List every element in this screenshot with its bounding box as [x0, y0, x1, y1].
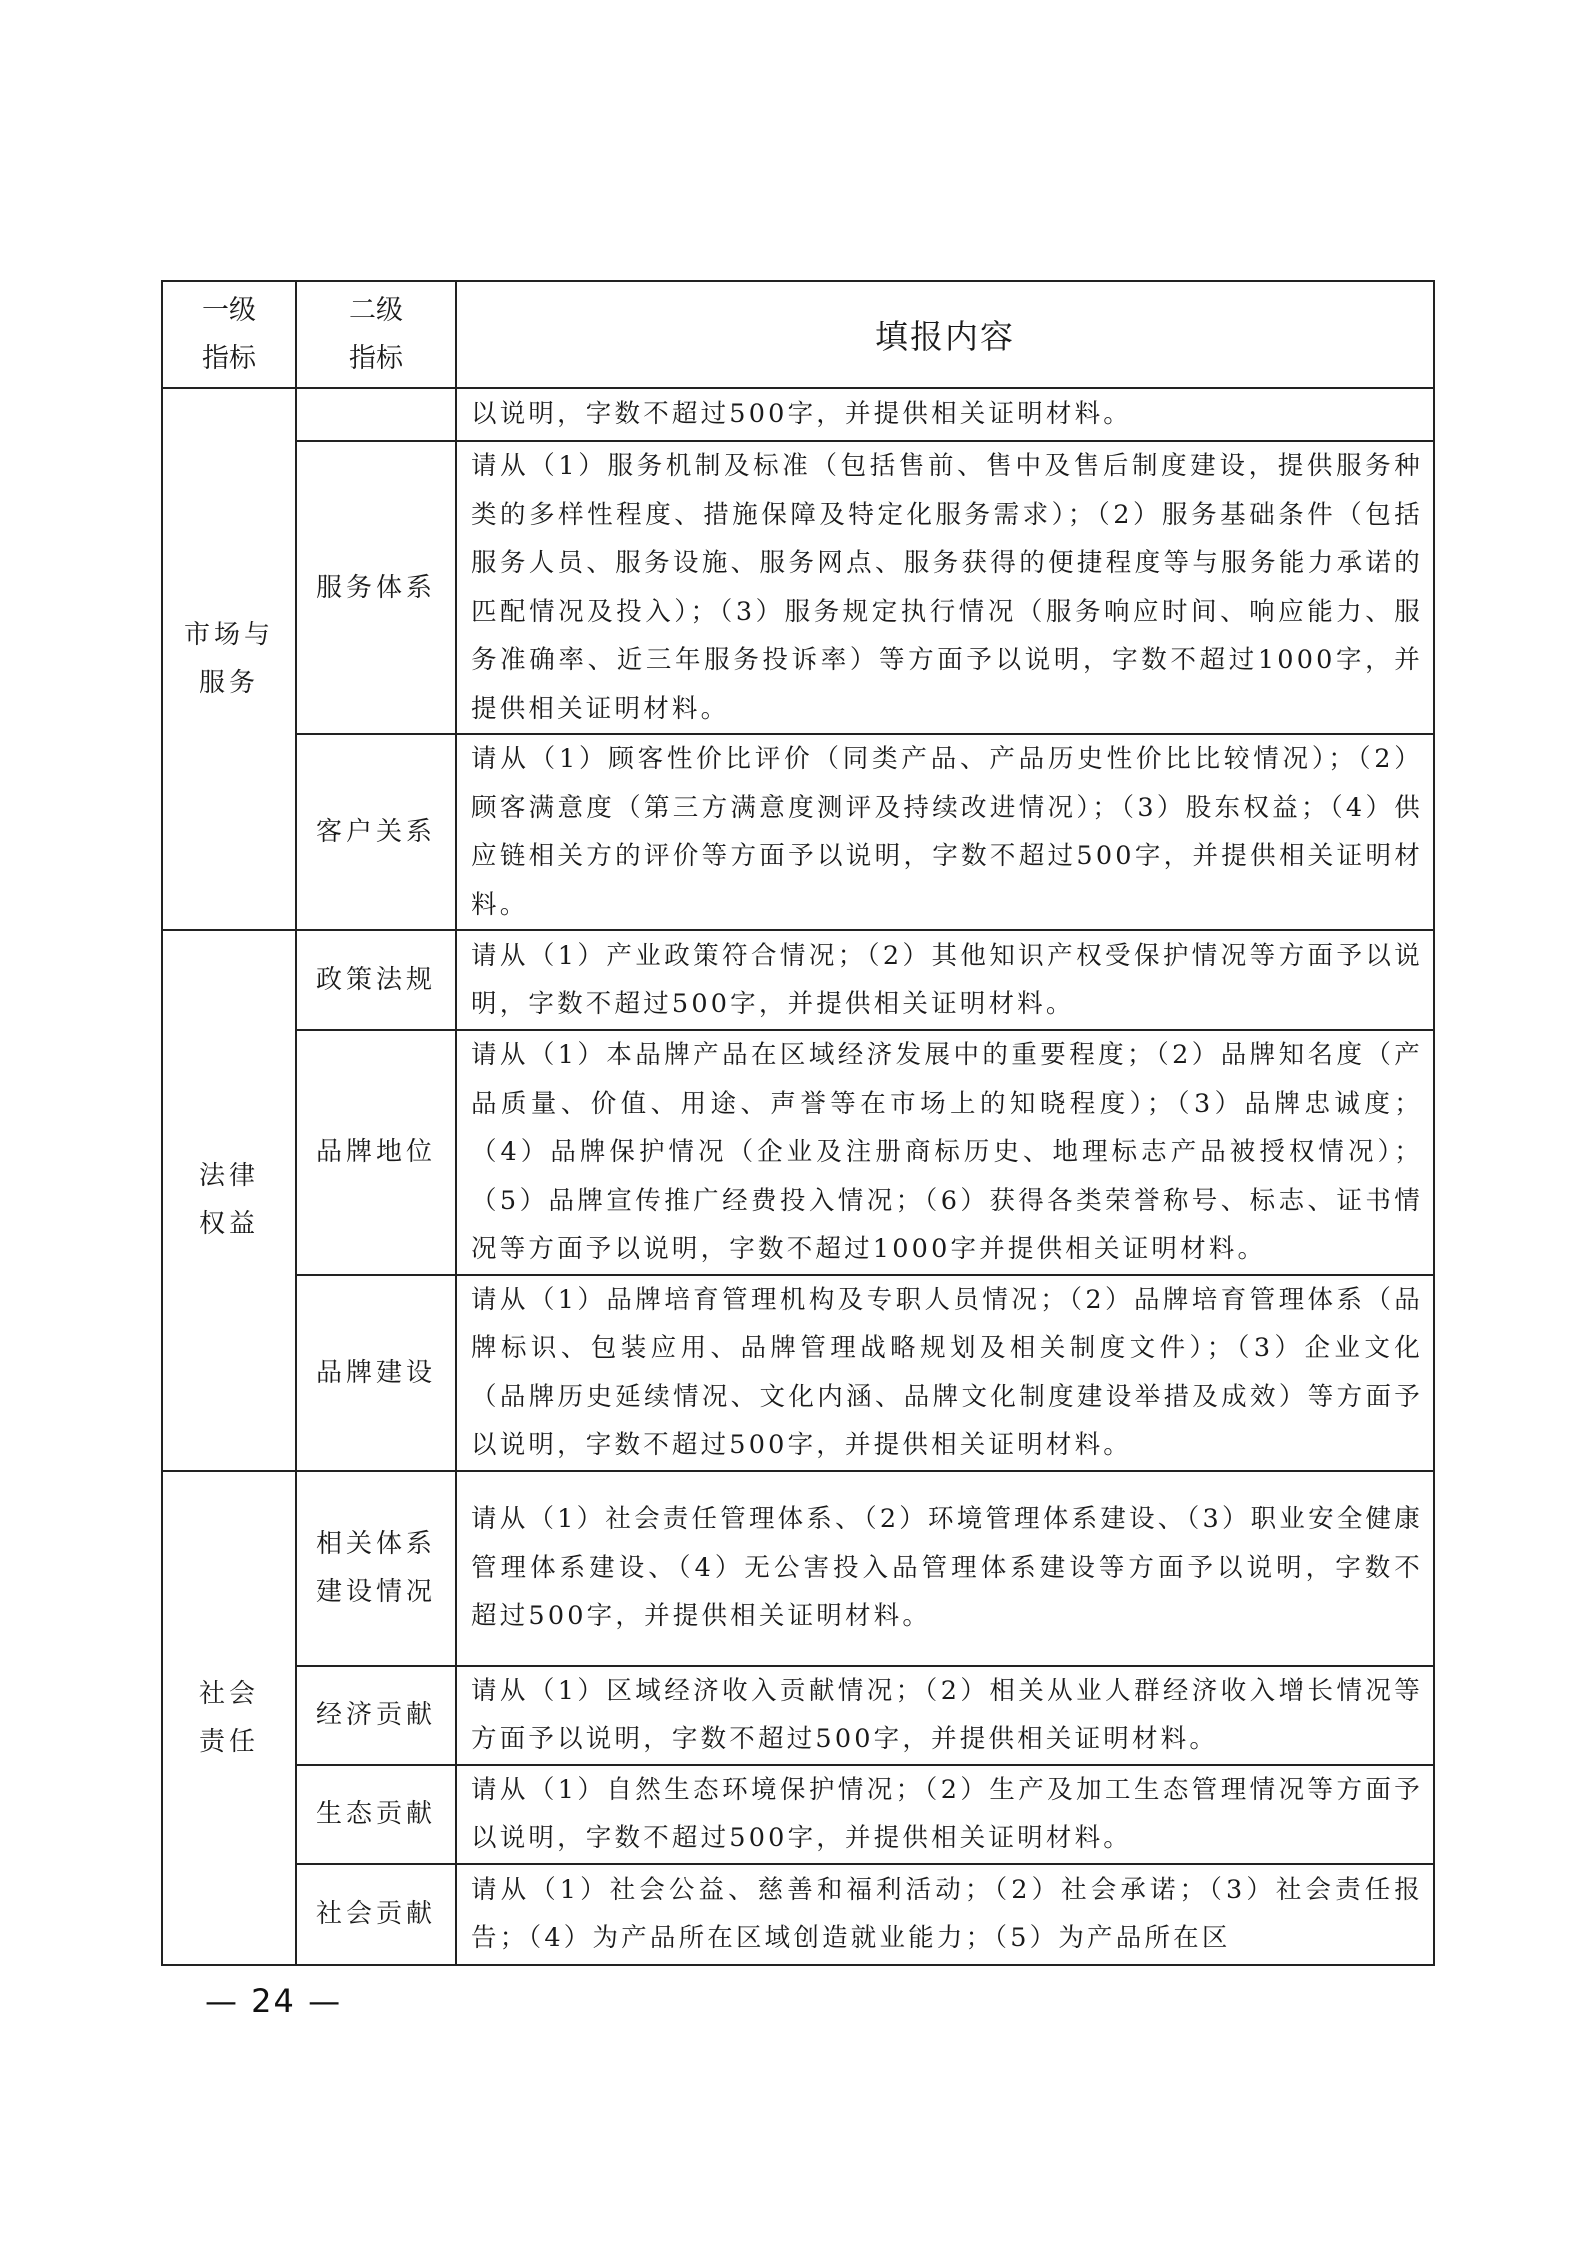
level1-cell-social-responsibility: 社会 责任	[162, 1471, 296, 1965]
level2-cell-brand-status: 品牌地位	[296, 1030, 456, 1275]
table-row: 法律 权益 政策法规 请从（1）产业政策符合情况；（2）其他知识产权受保护情况等…	[162, 930, 1434, 1030]
table-row: 服务体系 请从（1）服务机制及标准（包括售前、售中及售后制度建设，提供服务种类的…	[162, 441, 1434, 734]
content-cell-continuation: 以说明，字数不超过500字，并提供相关证明材料。	[456, 388, 1434, 441]
table-header-row: 一级 指标 二级 指标 填报内容	[162, 281, 1434, 388]
level2-cell-policy-regulation: 政策法规	[296, 930, 456, 1030]
document-page: 一级 指标 二级 指标 填报内容 市场与 服务 以说明，字数不超过500字，并提…	[0, 0, 1587, 2245]
level2-cell-service-system: 服务体系	[296, 441, 456, 734]
header-level2-line1: 二级	[297, 287, 455, 335]
level2-label-line2: 建设情况	[297, 1568, 455, 1616]
level2-cell-social-contribution: 社会贡献	[296, 1864, 456, 1965]
level1-label-line2: 权益	[163, 1200, 295, 1248]
table-row: 社会贡献 请从（1）社会公益、慈善和福利活动；（2）社会承诺；（3）社会责任报告…	[162, 1864, 1434, 1965]
level1-label-line1: 法律	[163, 1152, 295, 1200]
content-cell-customer-relations: 请从（1）顾客性价比评价（同类产品、产品历史性价比比较情况）；（2）顾客满意度（…	[456, 734, 1434, 930]
content-cell-system-construction: 请从（1）社会责任管理体系、（2）环境管理体系建设、（3）职业安全健康管理体系建…	[456, 1471, 1434, 1666]
level1-cell-legal-rights: 法律 权益	[162, 930, 296, 1471]
table-row: 品牌建设 请从（1）品牌培育管理机构及专职人员情况；（2）品牌培育管理体系（品牌…	[162, 1275, 1434, 1471]
header-level1-line2: 指标	[163, 335, 295, 383]
content-cell-brand-building: 请从（1）品牌培育管理机构及专职人员情况；（2）品牌培育管理体系（品牌标识、包装…	[456, 1275, 1434, 1471]
level1-label-line1: 社会	[163, 1670, 295, 1718]
header-level1: 一级 指标	[162, 281, 296, 388]
table-row: 客户关系 请从（1）顾客性价比评价（同类产品、产品历史性价比比较情况）；（2）顾…	[162, 734, 1434, 930]
table-row: 社会 责任 相关体系 建设情况 请从（1）社会责任管理体系、（2）环境管理体系建…	[162, 1471, 1434, 1666]
level1-label-line1: 市场与	[163, 611, 295, 659]
level2-cell-customer-relations: 客户关系	[296, 734, 456, 930]
level2-cell-empty	[296, 388, 456, 441]
indicator-table: 一级 指标 二级 指标 填报内容 市场与 服务 以说明，字数不超过500字，并提…	[161, 280, 1435, 1966]
level1-label-line2: 责任	[163, 1718, 295, 1766]
table-row: 经济贡献 请从（1）区域经济收入贡献情况；（2）相关从业人群经济收入增长情况等方…	[162, 1666, 1434, 1765]
level2-cell-brand-building: 品牌建设	[296, 1275, 456, 1471]
page-number: — 24 —	[205, 1982, 342, 2020]
level2-cell-economic-contribution: 经济贡献	[296, 1666, 456, 1765]
header-level2: 二级 指标	[296, 281, 456, 388]
header-level1-line1: 一级	[163, 287, 295, 335]
header-level2-line2: 指标	[297, 335, 455, 383]
content-cell-policy-regulation: 请从（1）产业政策符合情况；（2）其他知识产权受保护情况等方面予以说明，字数不超…	[456, 930, 1434, 1030]
content-cell-service-system: 请从（1）服务机制及标准（包括售前、售中及售后制度建设，提供服务种类的多样性程度…	[456, 441, 1434, 734]
level2-label-line1: 相关体系	[297, 1520, 455, 1568]
header-content: 填报内容	[456, 281, 1434, 388]
content-cell-ecological-contribution: 请从（1）自然生态环境保护情况；（2）生产及加工生态管理情况等方面予以说明，字数…	[456, 1765, 1434, 1864]
table-row: 市场与 服务 以说明，字数不超过500字，并提供相关证明材料。	[162, 388, 1434, 441]
level1-cell-market-service: 市场与 服务	[162, 388, 296, 930]
table-row: 生态贡献 请从（1）自然生态环境保护情况；（2）生产及加工生态管理情况等方面予以…	[162, 1765, 1434, 1864]
level2-cell-ecological-contribution: 生态贡献	[296, 1765, 456, 1864]
content-cell-brand-status: 请从（1）本品牌产品在区域经济发展中的重要程度；（2）品牌知名度（产品质量、价值…	[456, 1030, 1434, 1275]
content-cell-economic-contribution: 请从（1）区域经济收入贡献情况；（2）相关从业人群经济收入增长情况等方面予以说明…	[456, 1666, 1434, 1765]
level1-label-line2: 服务	[163, 659, 295, 707]
content-cell-social-contribution: 请从（1）社会公益、慈善和福利活动；（2）社会承诺；（3）社会责任报告；（4）为…	[456, 1864, 1434, 1965]
level2-cell-system-construction: 相关体系 建设情况	[296, 1471, 456, 1666]
table-row: 品牌地位 请从（1）本品牌产品在区域经济发展中的重要程度；（2）品牌知名度（产品…	[162, 1030, 1434, 1275]
